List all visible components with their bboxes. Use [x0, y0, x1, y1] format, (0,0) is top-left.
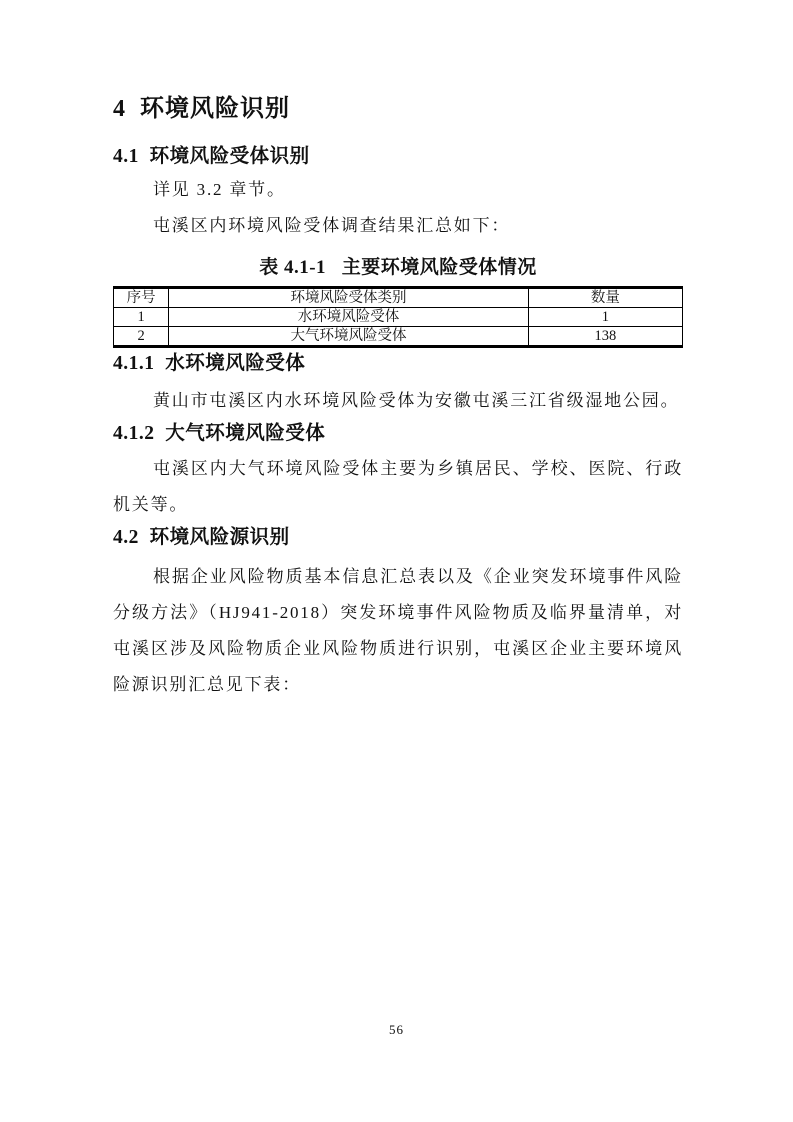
section-heading-4-1-1: 4.1.1 水环境风险受体 [113, 351, 683, 377]
table-header-count: 数量 [528, 288, 682, 308]
paragraph-risk-source: 根据企业风险物质基本信息汇总表以及《企业突发环境事件风险 分级方法》（HJ941… [113, 559, 683, 703]
cell-count: 138 [528, 327, 682, 347]
paragraph-survey-intro: 屯溪区内环境风险受体调查结果汇总如下： [113, 208, 683, 244]
paragraph-see-section: 详见 3.2 章节。 [113, 172, 683, 208]
paragraph-water-receptor: 黄山市屯溪区内水环境风险受体为安徽屯溪三江省级湿地公园。 [113, 383, 683, 419]
page-number: 56 [0, 1022, 793, 1038]
paragraph-line: 机关等。 [113, 487, 683, 523]
table-row: 1 水环境风险受体 1 [114, 308, 683, 327]
document-page: 4 环境风险识别 4.1 环境风险受体识别 详见 3.2 章节。 屯溪区内环境风… [0, 0, 793, 1122]
cell-category: 大气环境风险受体 [169, 327, 529, 347]
risk-receptor-table: 序号 环境风险受体类别 数量 1 水环境风险受体 1 2 大气环境风险受体 13… [113, 286, 683, 348]
paragraph-air-receptor: 屯溪区内大气环境风险受体主要为乡镇居民、学校、医院、行政 机关等。 [113, 451, 683, 523]
cell-count: 1 [528, 308, 682, 327]
table-header-index: 序号 [114, 288, 169, 308]
table-caption: 表 4.1-1 主要环境风险受体情况 [113, 256, 683, 280]
table-header-row: 序号 环境风险受体类别 数量 [114, 288, 683, 308]
table-row: 2 大气环境风险受体 138 [114, 327, 683, 347]
chapter-heading: 4 环境风险识别 [113, 94, 683, 124]
cell-index: 1 [114, 308, 169, 327]
cell-index: 2 [114, 327, 169, 347]
paragraph-line: 屯溪区涉及风险物质企业风险物质进行识别，屯溪区企业主要环境风 [113, 631, 683, 667]
cell-category: 水环境风险受体 [169, 308, 529, 327]
paragraph-line: 屯溪区内大气环境风险受体主要为乡镇居民、学校、医院、行政 [113, 451, 683, 487]
section-heading-4-2: 4.2 环境风险源识别 [113, 525, 683, 551]
section-heading-4-1-2: 4.1.2 大气环境风险受体 [113, 421, 683, 447]
paragraph-line: 根据企业风险物质基本信息汇总表以及《企业突发环境事件风险 [113, 559, 683, 595]
section-heading-4-1: 4.1 环境风险受体识别 [113, 144, 683, 170]
paragraph-line: 险源识别汇总见下表： [113, 667, 683, 703]
table-header-category: 环境风险受体类别 [169, 288, 529, 308]
paragraph-line: 分级方法》（HJ941-2018）突发环境事件风险物质及临界量清单，对 [113, 595, 683, 631]
